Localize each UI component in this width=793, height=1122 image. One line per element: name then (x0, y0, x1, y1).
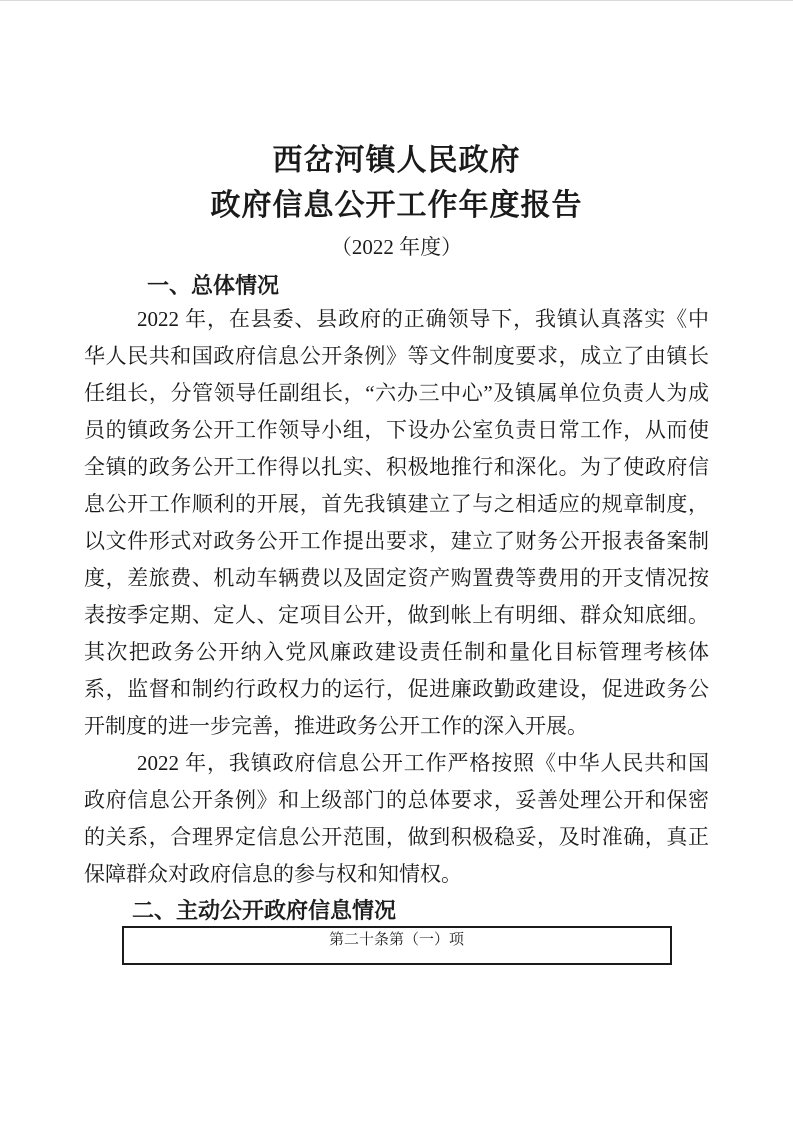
body-paragraph-1: 2022 年，在县委、县政府的正确领导下，我镇认真落实《中华人民共和国政府信息公… (84, 301, 709, 745)
document-page: 西岔河镇人民政府 政府信息公开工作年度报告 （2022 年度） 一、总体情况 2… (0, 0, 793, 1122)
report-year-subtitle: （2022 年度） (84, 234, 709, 261)
document-title-line-1: 西岔河镇人民政府 (84, 138, 709, 183)
section-heading-proactive-disclosure: 二、主动公开政府信息情况 (84, 896, 709, 926)
document-title-line-2: 政府信息公开工作年度报告 (84, 183, 709, 228)
document-content: 西岔河镇人民政府 政府信息公开工作年度报告 （2022 年度） 一、总体情况 2… (0, 1, 793, 965)
table-cell-article-20-item-1: 第二十条第（一）项 (123, 927, 671, 964)
section-heading-overall-situation: 一、总体情况 (84, 271, 709, 301)
body-paragraph-2: 2022 年，我镇政府信息公开工作严格按照《中华人民共和国政府信息公开条例》和上… (84, 745, 709, 893)
table-row: 第二十条第（一）项 (123, 927, 671, 964)
disclosure-table: 第二十条第（一）项 (122, 926, 672, 965)
